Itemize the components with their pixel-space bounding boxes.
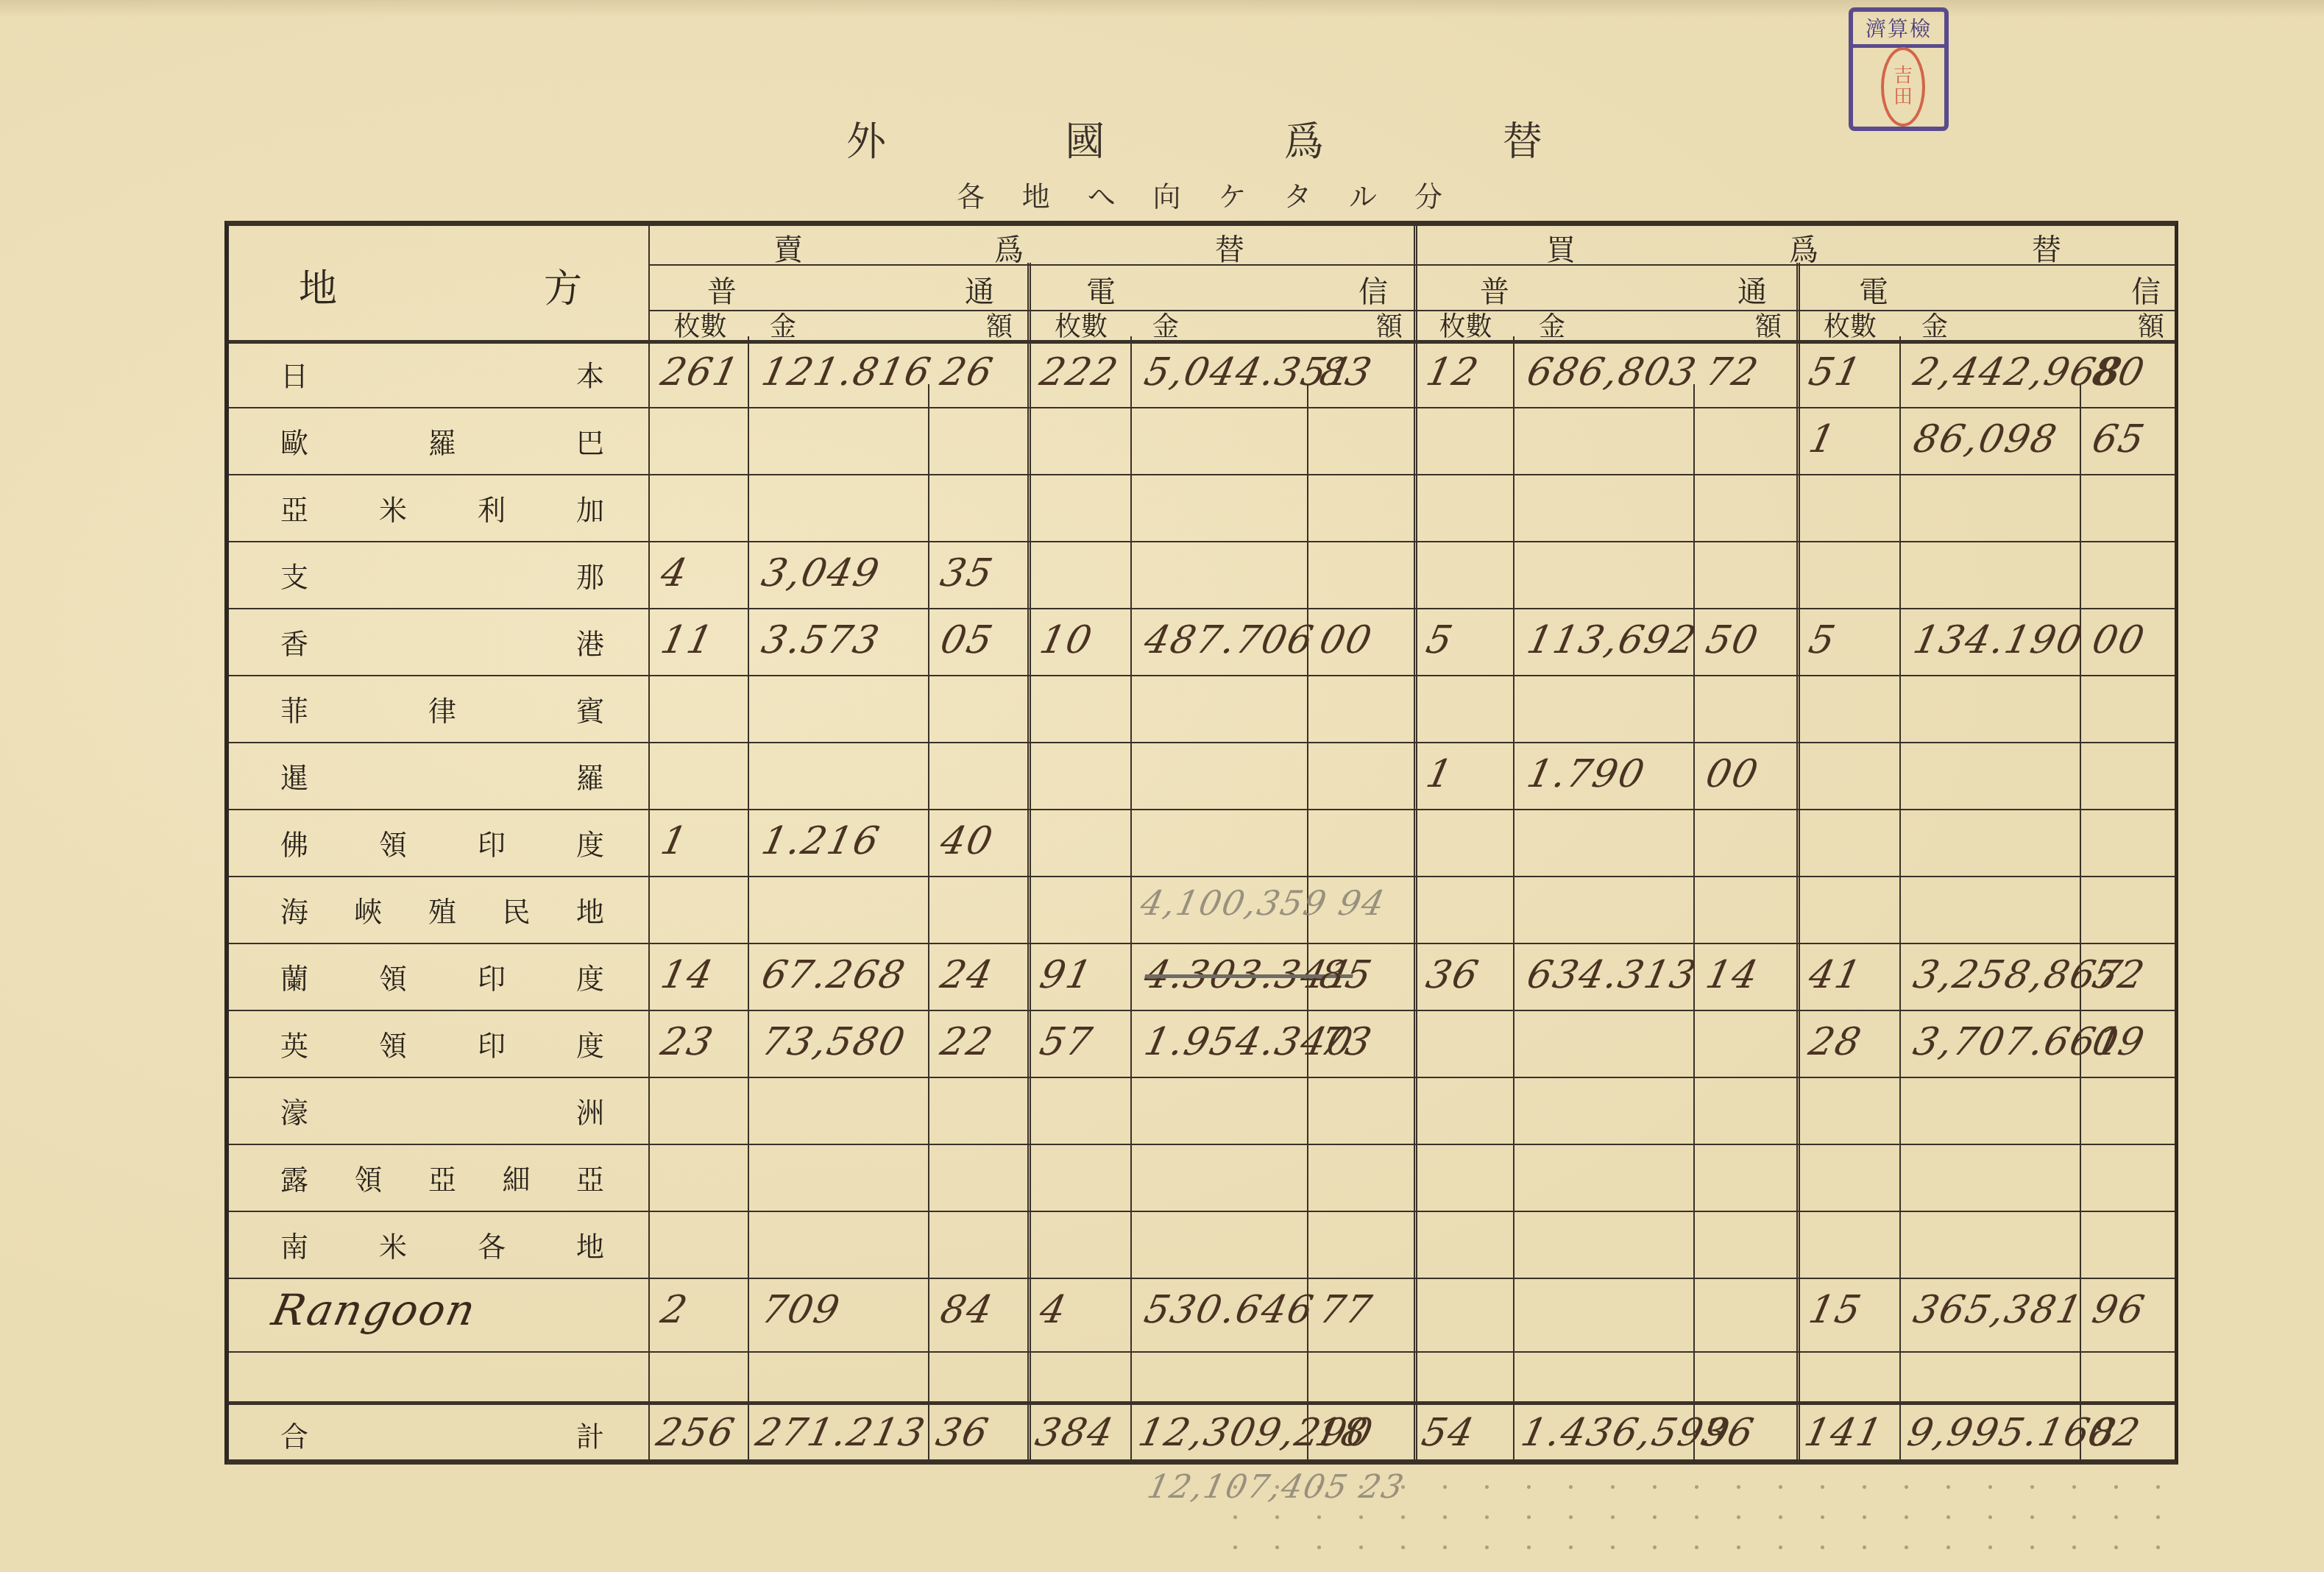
header-char: 賣 [773, 227, 803, 269]
header-char: 電 [1086, 269, 1116, 311]
sell-tel-count: 4 [1036, 1288, 1071, 1332]
buy-ord-amount-yen: 634.313 [1523, 953, 1701, 997]
buy-ord-amount-yen: 1.790 [1523, 752, 1650, 796]
pencil-correction-note: 4,100,359 94 [1137, 883, 1389, 923]
region-char: 度 [576, 1023, 604, 1063]
region-char: 羅 [428, 420, 456, 461]
region-char: 賓 [576, 688, 604, 729]
region-char: 歐 [280, 420, 308, 461]
header-char: 替 [2032, 227, 2061, 269]
header-char: 地 [299, 258, 337, 313]
header-char: 普 [707, 269, 737, 311]
header-char: 普 [1480, 269, 1509, 311]
region-char: 各 [478, 1224, 506, 1264]
header-char: 信 [2131, 269, 2161, 311]
header-char: 額 [1755, 306, 1782, 344]
sell-ord-count: 1 [657, 819, 692, 863]
header-char: 通 [965, 269, 994, 311]
region-char: 峽 [354, 889, 382, 930]
buy-ord-amount-yen: 113,692 [1523, 618, 1701, 662]
sell-tel-amount-sen: 85 [1316, 953, 1377, 997]
audit-stamp: 濟算檢 吉 田 [1849, 7, 1949, 131]
region-label: 菲律賓 [280, 675, 604, 742]
region-char: 地 [576, 889, 604, 930]
col-divider [1414, 226, 1417, 1459]
subtitle-char: ル [1349, 174, 1377, 214]
total-sell-ord-amount-sen: 36 [932, 1411, 993, 1455]
region-char: 印 [478, 1023, 506, 1063]
region-label: 蘭領印度 [280, 943, 604, 1010]
region-char: 濠 [280, 1090, 308, 1130]
sell-exchange-header: 賣 爲 替 [773, 230, 1244, 265]
region-char: 那 [576, 554, 604, 595]
region-char: 海 [280, 889, 308, 930]
region-char: 印 [478, 822, 506, 863]
sell-ord-amount-sen: 24 [937, 953, 998, 997]
buy-tel-count: 41 [1805, 953, 1866, 997]
buy-ord-amount-yen: 686,803 [1523, 350, 1701, 394]
count-header: 枚數 [654, 308, 746, 341]
col-divider [928, 384, 929, 1459]
buy-tel-amount-sen: 09 [2089, 1020, 2150, 1064]
total-buy-ord-count: 54 [1418, 1411, 1479, 1455]
region-label: 日本 [280, 340, 604, 407]
sell-ord-amount-yen: 73,580 [758, 1020, 910, 1064]
buy-ord-amount-sen: 00 [1702, 752, 1763, 796]
header-char: 金 [1921, 306, 1948, 344]
sell-tel-count: 222 [1036, 350, 1123, 394]
header-char: 爲 [994, 227, 1024, 269]
region-char: 亞 [280, 487, 308, 528]
region-label-handwritten: Rangoon [268, 1285, 481, 1335]
sell-ord-amount-yen: 3.573 [758, 618, 885, 662]
header-char: 通 [1737, 269, 1767, 311]
region-label: 佛領印度 [280, 809, 604, 876]
count-header: 枚數 [1420, 308, 1512, 341]
region-char: 本 [576, 353, 604, 394]
subtitle-char: ケ [1218, 174, 1246, 214]
buy-tel-amount-sen: 52 [2089, 953, 2150, 997]
region-char: 米 [379, 1224, 407, 1264]
buy-tel-count: 5 [1805, 618, 1841, 662]
buy-ord-count: 36 [1423, 953, 1484, 997]
region-char: 洲 [576, 1090, 604, 1130]
buy-ord-count: 1 [1423, 752, 1458, 796]
buy-tel-amount-sen: 80 [2089, 350, 2150, 394]
subtitle-char: へ [1088, 174, 1116, 214]
region-char: 英 [280, 1023, 308, 1063]
region-char: 暹 [280, 755, 308, 796]
sell-ord-amount-yen: 709 [758, 1288, 845, 1332]
region-label: 濠洲 [280, 1077, 604, 1144]
title-char: 爲 [1284, 110, 1327, 167]
sell-telegraphic-header: 電 信 [1086, 269, 1388, 310]
region-char: 度 [576, 822, 604, 863]
seal-char: 吉 [1893, 65, 1913, 87]
total-buy-tel-amount-sen: 02 [2084, 1411, 2145, 1455]
buy-tel-amount-sen: 00 [2089, 618, 2150, 662]
total-char: 合 [280, 1414, 308, 1454]
sell-ord-amount-yen: 3,049 [758, 551, 885, 595]
header-char: 電 [1859, 269, 1888, 311]
region-char: 米 [379, 487, 407, 528]
stamp-label: 濟算檢 [1853, 12, 1944, 48]
header-char: 信 [1358, 269, 1388, 311]
region-char: 領 [379, 1023, 407, 1063]
total-sell-ord-amount-yen: 271.213 [752, 1411, 930, 1455]
header-char: 買 [1546, 227, 1576, 269]
region-char: 領 [379, 956, 407, 996]
footer-pencil-note: 12,107,405 23 [1144, 1468, 1409, 1506]
sell-ord-count: 11 [657, 618, 718, 662]
buy-tel-amount-yen: 86,098 [1910, 417, 2062, 461]
col-divider [1796, 263, 1800, 1459]
sell-ord-amount-sen: 84 [937, 1288, 998, 1332]
region-label: 歐羅巴 [280, 407, 604, 474]
total-sell-ord-count: 256 [653, 1411, 740, 1455]
amount-header: 金 額 [1539, 308, 1782, 341]
row-divider [229, 1351, 2175, 1353]
region-label: 海峽殖民地 [280, 876, 604, 943]
region-char: 露 [280, 1157, 308, 1197]
buy-telegraphic-header: 電 信 [1859, 269, 2161, 310]
col-divider [1899, 336, 1901, 1459]
col-divider [1027, 263, 1031, 1459]
subtitle-char: 向 [1153, 174, 1181, 214]
region-char: 南 [280, 1224, 308, 1264]
sell-tel-count: 91 [1036, 953, 1097, 997]
buy-ordinary-header: 普 通 [1480, 269, 1767, 310]
buy-exchange-header: 買 爲 替 [1546, 230, 2061, 265]
sell-ord-amount-sen: 35 [937, 551, 998, 595]
region-char: 佛 [280, 822, 308, 863]
subtitle-char: 各 [957, 174, 985, 214]
header-char: 爲 [1789, 227, 1818, 269]
region-char: 印 [478, 956, 506, 996]
region-char: 加 [576, 487, 604, 528]
personal-seal-icon: 吉 田 [1881, 47, 1925, 127]
buy-tel-count: 51 [1805, 350, 1866, 394]
title-char: 外 [846, 110, 889, 167]
count-header: 枚數 [1802, 308, 1898, 341]
sell-ord-amount-yen: 1.216 [758, 819, 885, 863]
header-char: 額 [986, 306, 1013, 344]
col-divider [648, 226, 650, 1459]
region-char: 民 [502, 889, 530, 930]
region-char: 羅 [576, 755, 604, 796]
col-divider [1513, 336, 1515, 1459]
col-divider [1693, 384, 1695, 1459]
sell-ord-count: 23 [657, 1020, 718, 1064]
amount-header: 金 額 [770, 308, 1013, 341]
sell-ord-amount-sen: 22 [937, 1020, 998, 1064]
sell-ord-amount-sen: 40 [937, 819, 998, 863]
title-char: 替 [1503, 110, 1545, 167]
subtitle-char: 分 [1414, 174, 1442, 214]
sell-tel-amount-sen: 83 [1316, 350, 1377, 394]
exchange-table: 地 方 賣 爲 替 買 爲 替 普 通 電 信 普 通 電 信 枚數 金 額 枚… [224, 221, 2178, 1465]
region-char: 亞 [576, 1157, 604, 1197]
region-header: 地 方 [299, 255, 582, 314]
region-char: 度 [576, 956, 604, 996]
seal-char: 田 [1893, 87, 1913, 108]
region-char: 香 [280, 621, 308, 662]
buy-ord-count: 5 [1423, 618, 1458, 662]
count-header: 枚數 [1033, 308, 1129, 341]
header-char: 額 [2138, 306, 2164, 344]
document-title: 外 國 爲 替 [846, 110, 1545, 167]
header-char: 金 [1152, 306, 1179, 344]
region-char: 菲 [280, 688, 308, 729]
row-divider [229, 1278, 2175, 1279]
total-buy-tel-count: 141 [1801, 1411, 1888, 1455]
region-char: 地 [576, 1224, 604, 1264]
buy-tel-amount-sen: 96 [2089, 1288, 2150, 1332]
buy-tel-count: 1 [1805, 417, 1841, 461]
sell-tel-amount-sen: 77 [1316, 1288, 1377, 1332]
region-char: 巴 [576, 420, 604, 461]
buy-ord-count: 12 [1423, 350, 1484, 394]
subtitle-char: タ [1283, 174, 1311, 214]
col-divider [1130, 336, 1132, 1459]
buy-tel-amount-yen: 134.190 [1910, 618, 2088, 662]
region-label: 亞米利加 [280, 474, 604, 541]
region-label: 香港 [280, 608, 604, 675]
region-char: 日 [280, 353, 308, 394]
title-char: 國 [1065, 110, 1108, 167]
region-label: 英領印度 [280, 1010, 604, 1077]
sell-ord-amount-sen: 26 [937, 350, 998, 394]
header-char: 額 [1376, 306, 1403, 344]
region-char: 領 [354, 1157, 382, 1197]
buy-ord-amount-sen: 72 [1702, 350, 1763, 394]
region-char: 細 [502, 1157, 530, 1197]
sell-ord-amount-sen: 05 [937, 618, 998, 662]
total-sell-tel-count: 384 [1032, 1411, 1119, 1455]
total-top-rule [229, 1401, 2175, 1405]
header-char: 方 [544, 258, 582, 313]
sell-ord-amount-yen: 121.816 [758, 350, 936, 394]
total-sell-tel-amount-sen: 18 [1311, 1411, 1372, 1455]
region-char: 蘭 [280, 956, 308, 996]
region-label: 露領亞細亞 [280, 1144, 604, 1211]
sell-tel-amount-yen: 530.646 [1141, 1288, 1319, 1332]
region-char: 領 [379, 822, 407, 863]
region-label: 南米各地 [280, 1211, 604, 1278]
sell-tel-amount-sen: 73 [1316, 1020, 1377, 1064]
sell-ord-count: 261 [657, 350, 744, 394]
sell-ord-amount-yen: 67.268 [758, 953, 910, 997]
buy-tel-amount-yen: 365,381 [1910, 1288, 2088, 1332]
buy-ord-amount-sen: 50 [1702, 618, 1763, 662]
region-char: 支 [280, 554, 308, 595]
header-char: 金 [1539, 306, 1565, 344]
sell-ord-count: 4 [657, 551, 692, 595]
header-char: 替 [1215, 227, 1244, 269]
buy-tel-count: 15 [1805, 1288, 1866, 1332]
region-char: 利 [478, 487, 506, 528]
sell-tel-count: 10 [1036, 618, 1097, 662]
subtitle-char: 地 [1022, 174, 1050, 214]
amount-header: 金 額 [1152, 308, 1403, 341]
buy-tel-count: 28 [1805, 1020, 1866, 1064]
region-char: 殖 [428, 889, 456, 930]
region-char: 亞 [428, 1157, 456, 1197]
amount-header: 金 額 [1921, 308, 2164, 341]
region-char: 港 [576, 621, 604, 662]
col-divider [748, 336, 749, 1459]
sell-tel-amount-yen: 487.706 [1141, 618, 1319, 662]
sell-ordinary-header: 普 通 [707, 269, 994, 310]
region-char: 律 [428, 688, 456, 729]
buy-ord-amount-sen: 14 [1702, 953, 1763, 997]
buy-tel-amount-sen: 65 [2089, 417, 2150, 461]
sell-tel-count: 57 [1036, 1020, 1097, 1064]
total-label: 合計 [280, 1405, 604, 1462]
sell-ord-count: 14 [657, 953, 718, 997]
document-subtitle: 各 地 へ 向 ケ タ ル 分 [957, 174, 1442, 214]
region-label: 支那 [280, 541, 604, 608]
total-buy-ord-amount-sen: 36 [1698, 1411, 1759, 1455]
region-label: 暹羅 [280, 742, 604, 809]
sell-ord-count: 2 [657, 1288, 692, 1332]
total-char: 計 [576, 1414, 604, 1454]
header-char: 金 [770, 306, 796, 344]
sell-tel-amount-sen: 00 [1316, 618, 1377, 662]
